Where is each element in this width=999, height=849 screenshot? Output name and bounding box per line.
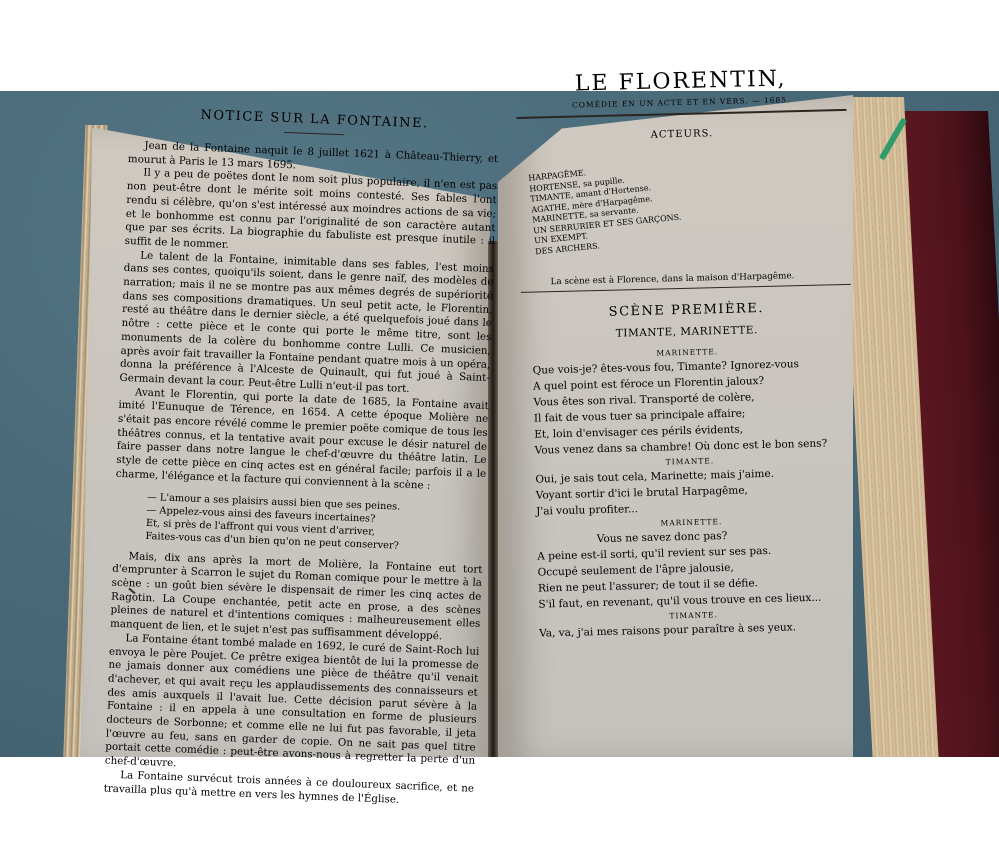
heading-rule (284, 132, 344, 135)
cast-list: HARPAGÊME. HORTENSE, sa pupille. TIMANTE… (528, 143, 854, 257)
cast-heading: ACTEURS. (517, 124, 847, 143)
paragraph: Il y a peu de poëtes dont le nom soit pl… (124, 166, 497, 262)
scene-characters: TIMANTE, MARINETTE. (522, 322, 852, 342)
paragraph: Mais, dix ans après la mort de Molière, … (110, 549, 483, 645)
paragraph: Avant le Florentin, qui porte la date de… (116, 385, 489, 495)
verse-quote: — L'amour a ses plaisirs aussi bien que … (145, 491, 485, 556)
scene-heading: SCÈNE PREMIÈRE. (521, 299, 851, 322)
title-rule (517, 109, 847, 119)
paragraph: Le talent de la Fontaine, inimitable dan… (119, 249, 494, 400)
left-page-text: NOTICE SUR LA FONTAINE. Jean de la Fonta… (103, 105, 499, 810)
right-page-text: LE FLORENTIN, COMÉDIE EN UN ACTE ET EN V… (515, 47, 859, 642)
play-title: LE FLORENTIN, (515, 65, 846, 98)
paragraph: La Fontaine étant tombé malade en 1692, … (105, 631, 480, 782)
